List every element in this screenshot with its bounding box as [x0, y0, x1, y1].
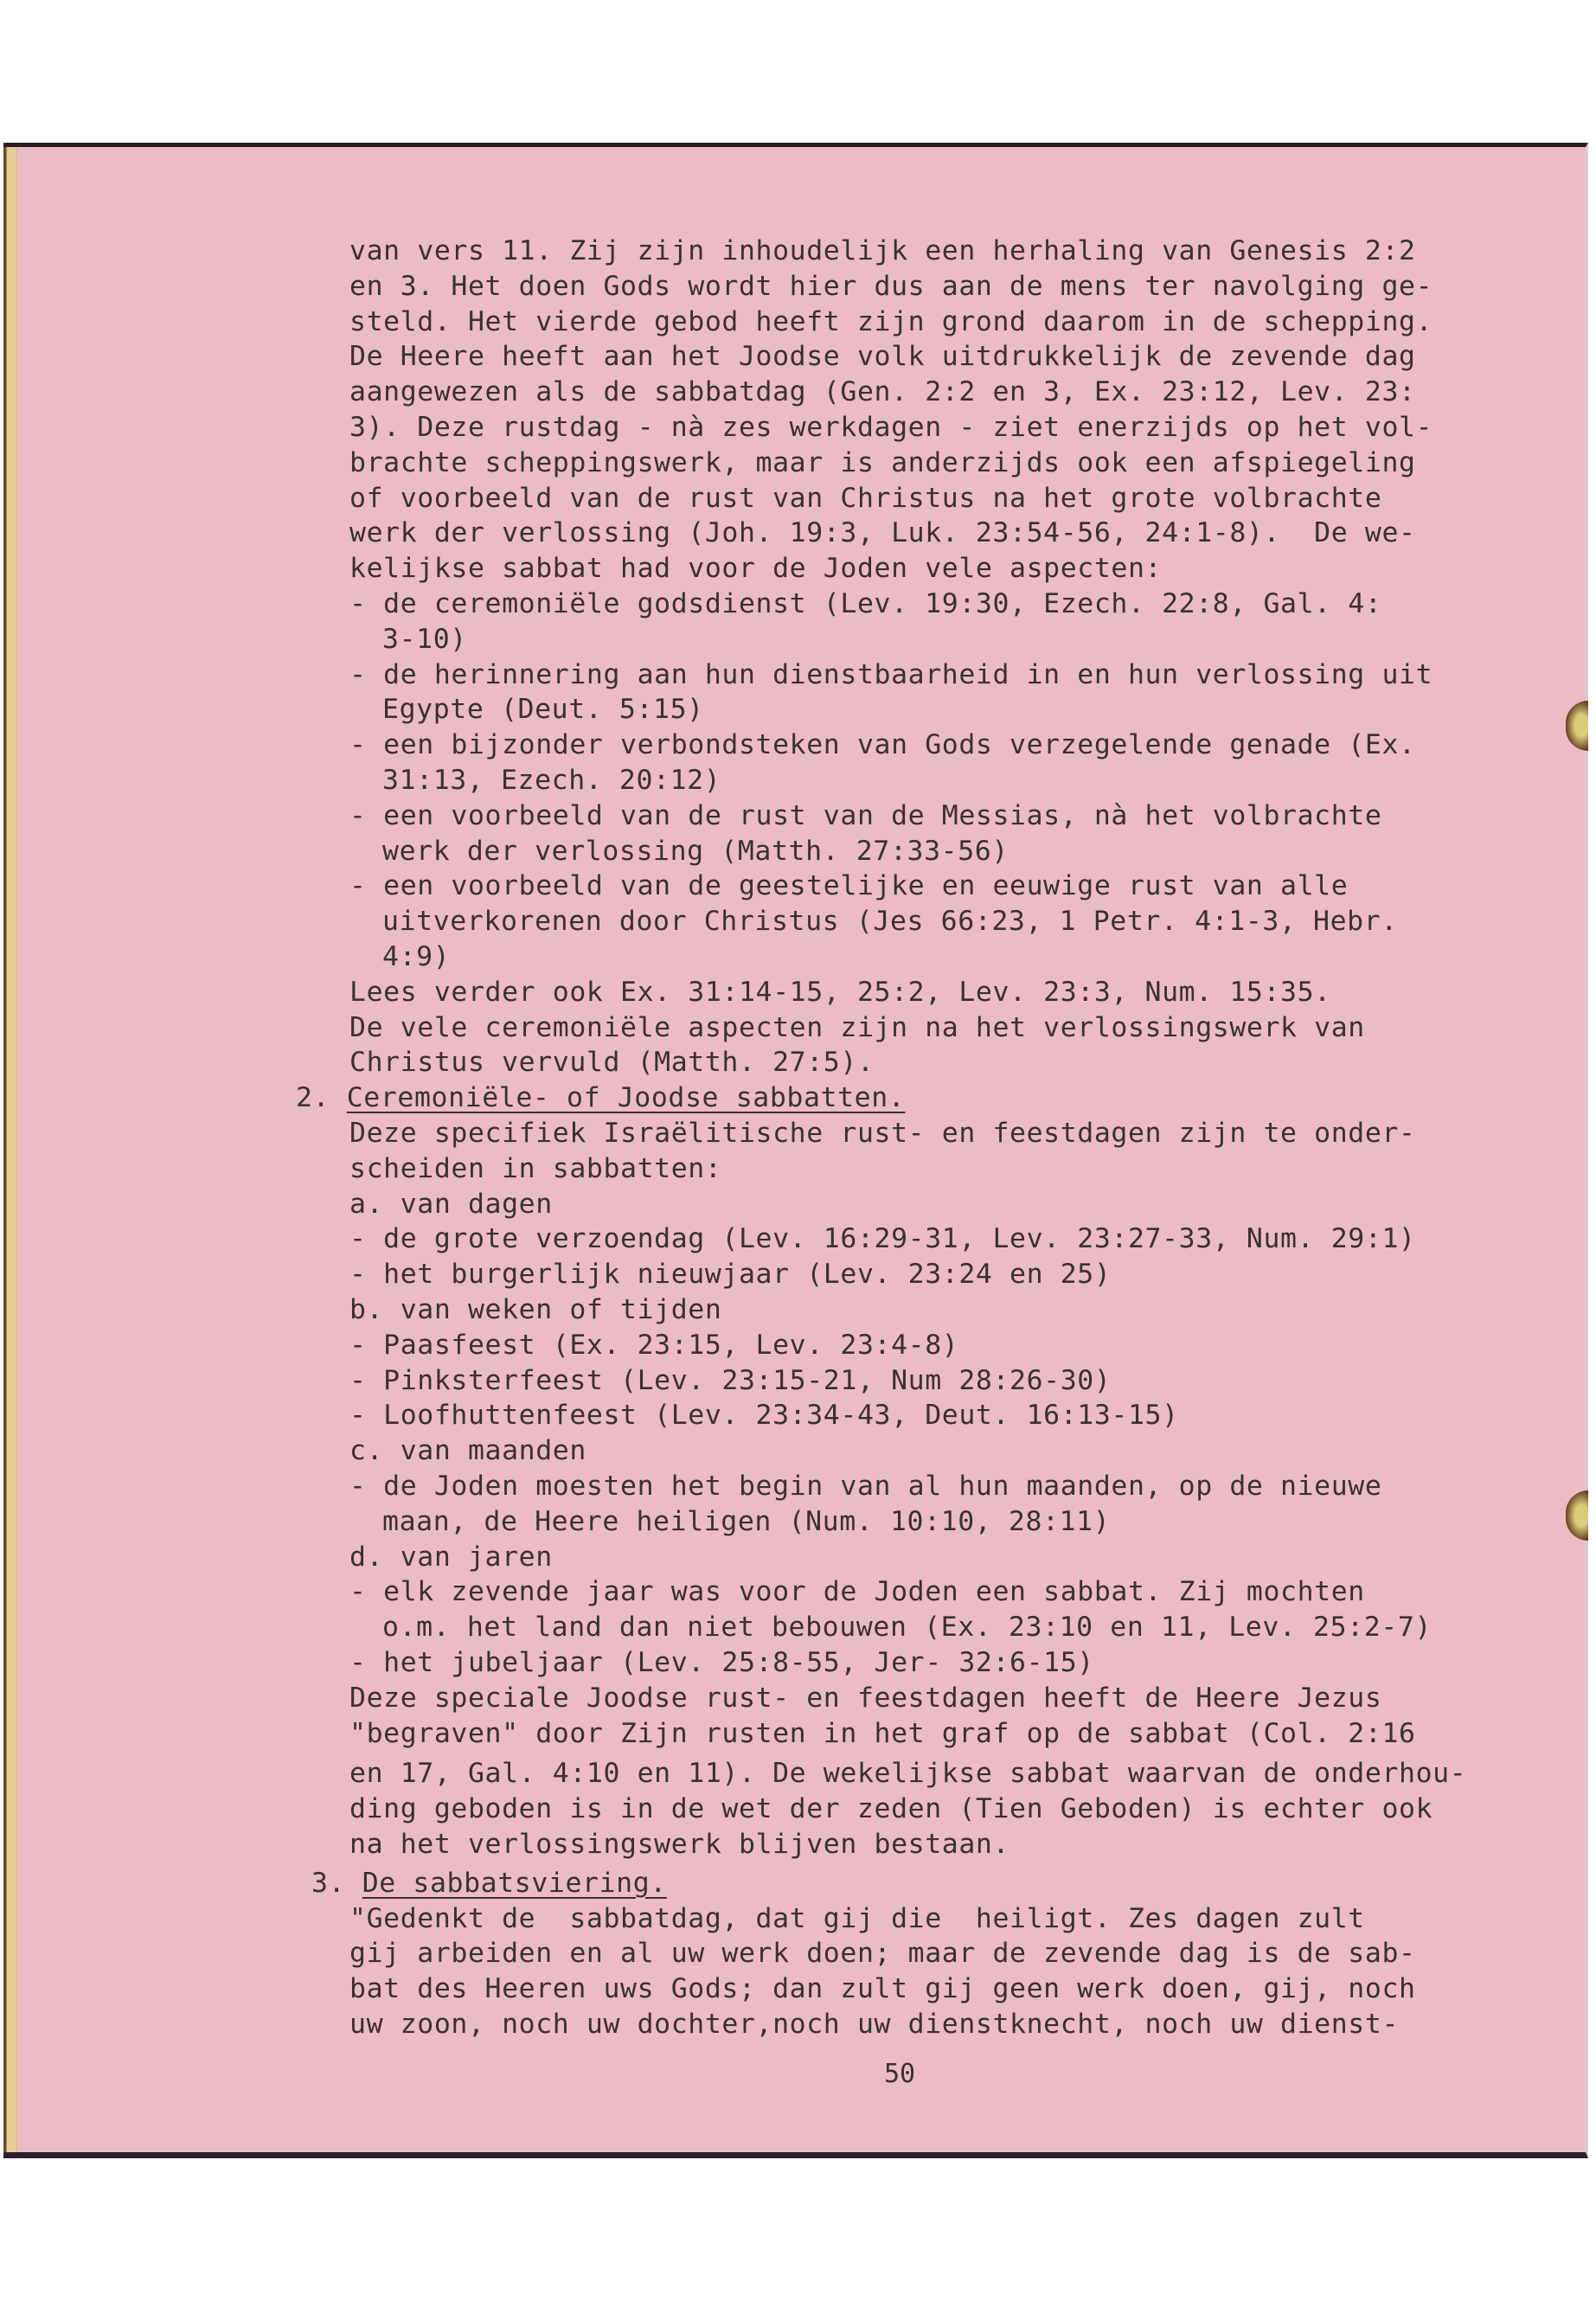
text-line: - het burgerlijk nieuwjaar (Lev. 23:24 e…	[349, 1257, 1111, 1292]
line-text: of voorbeeld van de rust van Christus na…	[349, 483, 1381, 514]
line-text: - de grote verzoendag (Lev. 16:29-31, Le…	[349, 1223, 1416, 1254]
text-line: 3). Deze rustdag - nà zes werkdagen - zi…	[349, 410, 1433, 445]
text-line: van vers 11. Zij zijn inhoudelijk een he…	[349, 234, 1416, 268]
line-text: - Loofhuttenfeest (Lev. 23:34-43, Deut. …	[349, 1400, 1179, 1431]
text-line: of voorbeeld van de rust van Christus na…	[349, 481, 1381, 516]
text-line: 3-10)	[382, 622, 467, 657]
text-line: kelijkse sabbat had voor de Joden vele a…	[349, 551, 1162, 586]
page-number: 50	[884, 2059, 915, 2089]
text-line: Lees verder ook Ex. 31:14-15, 25:2, Lev.…	[349, 975, 1331, 1009]
line-text: en 17, Gal. 4:10 en 11). De wekelijkse s…	[349, 1758, 1466, 1789]
line-text: "Gedenkt de sabbatdag, dat gij die heili…	[349, 1903, 1365, 1934]
line-text: kelijkse sabbat had voor de Joden vele a…	[349, 553, 1162, 584]
line-text: van vers 11. Zij zijn inhoudelijk een he…	[349, 235, 1416, 266]
line-text: De Heere heeft aan het Joodse volk uitdr…	[349, 341, 1416, 372]
text-line: "begraven" door Zijn rusten in het graf …	[349, 1716, 1416, 1751]
line-text: - Pinksterfeest (Lev. 23:15-21, Num 28:2…	[349, 1365, 1111, 1396]
text-line: "Gedenkt de sabbatdag, dat gij die heili…	[349, 1901, 1365, 1936]
line-text: werk der verlossing (Matth. 27:33-56)	[382, 836, 1009, 867]
line-text: Lees verder ook Ex. 31:14-15, 25:2, Lev.…	[349, 977, 1331, 1008]
section-heading: 2. Ceremoniële- of Joodse sabbatten.	[296, 1080, 905, 1115]
text-line: - de herinnering aan hun dienstbaarheid …	[349, 657, 1433, 692]
line-text: De vele ceremoniële aspecten zijn na het…	[349, 1012, 1365, 1043]
document-page: van vers 11. Zij zijn inhoudelijk een he…	[3, 143, 1588, 2158]
text-line: d. van jaren	[349, 1540, 553, 1574]
text-line: - Paasfeest (Ex. 23:15, Lev. 23:4-8)	[349, 1328, 958, 1362]
text-line: - de grote verzoendag (Lev. 16:29-31, Le…	[349, 1221, 1416, 1256]
line-text: - het burgerlijk nieuwjaar (Lev. 23:24 e…	[349, 1259, 1111, 1290]
line-text: 3). Deze rustdag - nà zes werkdagen - zi…	[349, 412, 1433, 443]
line-text: - de herinnering aan hun dienstbaarheid …	[349, 659, 1433, 690]
text-line: Deze specifiek Israëlitische rust- en fe…	[349, 1116, 1416, 1150]
text-line: brachte scheppingswerk, maar is anderzij…	[349, 445, 1416, 480]
punch-hole	[1566, 1490, 1588, 1541]
line-text: 4:9)	[382, 941, 450, 972]
line-text: - elk zevende jaar was voor de Joden een…	[349, 1576, 1365, 1607]
text-line: werk der verlossing (Joh. 19:3, Luk. 23:…	[349, 516, 1416, 550]
text-line: b. van weken of tijden	[349, 1292, 721, 1327]
text-line: werk der verlossing (Matth. 27:33-56)	[382, 834, 1009, 868]
line-text: - een bijzonder verbondsteken van Gods v…	[349, 729, 1416, 760]
line-text: - de Joden moesten het begin van al hun …	[349, 1471, 1381, 1502]
line-text: scheiden in sabbatten:	[349, 1153, 721, 1184]
text-line: 31:13, Ezech. 20:12)	[382, 763, 721, 798]
section-number: 2.	[296, 1082, 347, 1113]
line-text: - een voorbeeld van de geestelijke en ee…	[349, 870, 1348, 901]
line-text: o.m. het land dan niet bebouwen (Ex. 23:…	[382, 1612, 1432, 1643]
line-text: maan, de Heere heiligen (Num. 10:10, 28:…	[382, 1506, 1110, 1537]
text-line: bat des Heeren uws Gods; dan zult gij ge…	[349, 1971, 1416, 2006]
line-text: - het jubeljaar (Lev. 25:8-55, Jer- 32:6…	[349, 1647, 1094, 1678]
line-text: uw zoon, noch uw dochter,noch uw dienstk…	[349, 2009, 1399, 2040]
text-line: steld. Het vierde gebod heeft zijn grond…	[349, 304, 1433, 339]
line-text: brachte scheppingswerk, maar is anderzij…	[349, 447, 1416, 478]
text-line: o.m. het land dan niet bebouwen (Ex. 23:…	[382, 1610, 1432, 1644]
text-line: na het verlossingswerk blijven bestaan.	[349, 1827, 1010, 1862]
text-line: Christus vervuld (Matth. 27:5).	[349, 1045, 875, 1080]
text-line: De Heere heeft aan het Joodse volk uitdr…	[349, 339, 1416, 374]
line-text: Christus vervuld (Matth. 27:5).	[349, 1047, 875, 1078]
line-text: Deze specifiek Israëlitische rust- en fe…	[349, 1118, 1416, 1149]
line-text: aangewezen als de sabbatdag (Gen. 2:2 en…	[349, 376, 1416, 407]
section-title: Ceremoniële- of Joodse sabbatten.	[347, 1082, 906, 1113]
text-line: uw zoon, noch uw dochter,noch uw dienstk…	[349, 2007, 1399, 2041]
text-line: - de Joden moesten het begin van al hun …	[349, 1469, 1381, 1503]
line-text: Deze speciale Joodse rust- en feestdagen…	[349, 1682, 1381, 1714]
line-text: 3-10)	[382, 624, 467, 655]
line-text: na het verlossingswerk blijven bestaan.	[349, 1829, 1010, 1860]
line-text: a. van dagen	[349, 1189, 553, 1220]
line-text: uitverkorenen door Christus (Jes 66:23, …	[382, 906, 1398, 937]
section-title: De sabbatsviering.	[362, 1868, 667, 1899]
line-text: - Paasfeest (Ex. 23:15, Lev. 23:4-8)	[349, 1330, 958, 1361]
text-line: scheiden in sabbatten:	[349, 1151, 721, 1186]
line-text: bat des Heeren uws Gods; dan zult gij ge…	[349, 1973, 1416, 2004]
punch-hole	[1566, 701, 1588, 751]
text-line: uitverkorenen door Christus (Jes 66:23, …	[382, 904, 1398, 939]
text-line: Deze speciale Joodse rust- en feestdagen…	[349, 1681, 1381, 1715]
line-text: en 3. Het doen Gods wordt hier dus aan d…	[349, 271, 1433, 302]
line-text: b. van weken of tijden	[349, 1294, 721, 1325]
text-line: gij arbeiden en al uw werk doen; maar de…	[349, 1936, 1416, 1971]
line-text: - de ceremoniële godsdienst (Lev. 19:30,…	[349, 588, 1381, 619]
line-text: steld. Het vierde gebod heeft zijn grond…	[349, 306, 1433, 337]
text-line: aangewezen als de sabbatdag (Gen. 2:2 en…	[349, 375, 1416, 409]
text-line: ding geboden is in de wet der zeden (Tie…	[349, 1791, 1433, 1826]
text-line: c. van maanden	[349, 1433, 586, 1468]
text-line: Egypte (Deut. 5:15)	[382, 692, 704, 727]
line-text: - een voorbeeld van de rust van de Messi…	[349, 800, 1381, 831]
line-text: 31:13, Ezech. 20:12)	[382, 765, 721, 796]
line-text: gij arbeiden en al uw werk doen; maar de…	[349, 1938, 1416, 1969]
text-line: - het jubeljaar (Lev. 25:8-55, Jer- 32:6…	[349, 1645, 1094, 1680]
text-line: - een bijzonder verbondsteken van Gods v…	[349, 727, 1416, 762]
text-line: - de ceremoniële godsdienst (Lev. 19:30,…	[349, 586, 1381, 621]
line-text: Egypte (Deut. 5:15)	[382, 694, 704, 725]
text-line: 4:9)	[382, 939, 450, 974]
section-number: 3.	[311, 1868, 362, 1899]
line-text: d. van jaren	[349, 1541, 553, 1573]
line-text: werk der verlossing (Joh. 19:3, Luk. 23:…	[349, 517, 1416, 548]
text-line: - elk zevende jaar was voor de Joden een…	[349, 1574, 1365, 1609]
text-line: - Pinksterfeest (Lev. 23:15-21, Num 28:2…	[349, 1363, 1111, 1398]
section-heading: 3. De sabbatsviering.	[311, 1866, 667, 1900]
line-text: "begraven" door Zijn rusten in het graf …	[349, 1718, 1416, 1749]
text-line: maan, de Heere heiligen (Num. 10:10, 28:…	[382, 1504, 1110, 1539]
text-line: De vele ceremoniële aspecten zijn na het…	[349, 1010, 1365, 1045]
text-line: - Loofhuttenfeest (Lev. 23:34-43, Deut. …	[349, 1398, 1179, 1433]
line-text: ding geboden is in de wet der zeden (Tie…	[349, 1793, 1433, 1824]
text-line: - een voorbeeld van de rust van de Messi…	[349, 798, 1381, 833]
text-line: - een voorbeeld van de geestelijke en ee…	[349, 868, 1348, 903]
text-line: en 3. Het doen Gods wordt hier dus aan d…	[349, 269, 1433, 304]
text-line: a. van dagen	[349, 1187, 553, 1221]
binding-edge	[3, 147, 17, 2152]
text-line: en 17, Gal. 4:10 en 11). De wekelijkse s…	[349, 1756, 1466, 1791]
line-text: c. van maanden	[349, 1435, 586, 1466]
